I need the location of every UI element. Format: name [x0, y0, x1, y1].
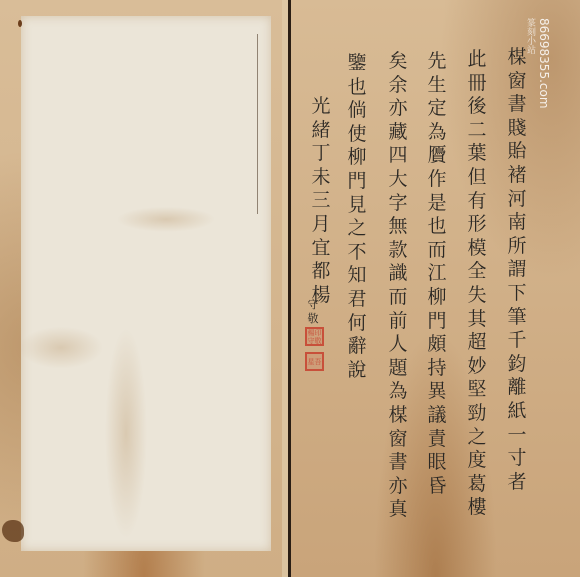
calligraphy-character: 堅: [467, 378, 486, 402]
calligraphy-character: 度: [467, 449, 486, 473]
calligraphy-character: 昏: [427, 475, 446, 499]
left-blank-panel: [21, 16, 271, 551]
signature-column: 光緒丁未三月宜都楊: [310, 95, 332, 307]
seal-2: 星吾: [305, 352, 324, 371]
calligraphy-column-1: 楳窗書賤貽褚河南所謂下筆千鈞離紙一寸者: [506, 46, 528, 494]
calligraphy-character: 責: [427, 428, 446, 452]
calligraphy-character: 題: [388, 357, 407, 381]
calligraphy-character: 形: [467, 213, 486, 237]
calligraphy-character: 字: [388, 192, 407, 216]
calligraphy-character: 何: [347, 312, 366, 336]
calligraphy-character: 後: [467, 95, 486, 119]
paper-crack: [257, 34, 258, 214]
calligraphy-character: 見: [347, 194, 366, 218]
calligraphy-character: 定: [427, 97, 446, 121]
calligraphy-character: 書: [507, 93, 526, 117]
calligraphy-character: 君: [347, 288, 366, 312]
calligraphy-character: 是: [427, 192, 446, 216]
calligraphy-character: 冊: [467, 72, 486, 96]
calligraphy-character: 離: [507, 376, 526, 400]
calligraphy-character: 丁: [311, 142, 330, 166]
calligraphy-character: 下: [507, 282, 526, 306]
calligraphy-character: 樓: [467, 496, 486, 520]
calligraphy-character: 失: [467, 284, 486, 308]
calligraphy-character: 余: [388, 74, 407, 98]
calligraphy-character: 生: [427, 74, 446, 98]
calligraphy-character: 人: [388, 333, 407, 357]
calligraphy-character: 勁: [467, 402, 486, 426]
calligraphy-character: 門: [347, 170, 366, 194]
calligraphy-character: 也: [347, 76, 366, 100]
calligraphy-character: 作: [427, 168, 446, 192]
stain-speck: [18, 20, 22, 27]
calligraphy-character: 二: [467, 119, 486, 143]
calligraphy-character: 江: [427, 262, 446, 286]
calligraphy-character: 而: [388, 286, 407, 310]
calligraphy-character: 光: [311, 95, 330, 119]
calligraphy-character: 柳: [347, 146, 366, 170]
calligraphy-character: 無: [388, 215, 407, 239]
calligraphy-character: 有: [467, 190, 486, 214]
seal-1: 楊印守敬: [305, 327, 324, 346]
calligraphy-character: 守: [308, 298, 319, 312]
calligraphy-character: 模: [467, 237, 486, 261]
calligraphy-character: 敬: [308, 312, 319, 326]
calligraphy-character: 眼: [427, 451, 446, 475]
calligraphy-character: 之: [467, 426, 486, 450]
calligraphy-character: 全: [467, 260, 486, 284]
calligraphy-column-4: 矣余亦藏四大字無款識而前人題為楳窗書亦真: [387, 50, 409, 522]
calligraphy-column-2: 此冊後二葉但有形模全失其超妙堅勁之度葛樓: [466, 48, 488, 520]
calligraphy-character: 贗: [427, 144, 446, 168]
calligraphy-character: 南: [507, 211, 526, 235]
album-spread: 楳窗書賤貽褚河南所謂下筆千鈞離紙一寸者 此冊後二葉但有形模全失其超妙堅勁之度葛樓…: [0, 0, 580, 577]
calligraphy-character: 月: [311, 213, 330, 237]
calligraphy-character: 葛: [467, 473, 486, 497]
calligraphy-character: 議: [427, 404, 446, 428]
calligraphy-character: 真: [388, 498, 407, 522]
calligraphy-character: 倘: [347, 99, 366, 123]
watermark-label: 篆刻小站: [524, 18, 537, 54]
calligraphy-character: 藏: [388, 121, 407, 145]
calligraphy-character: 之: [347, 217, 366, 241]
calligraphy-character: 千: [507, 329, 526, 353]
damage-mark: [2, 520, 24, 542]
calligraphy-character: 書: [388, 451, 407, 475]
calligraphy-character: 妙: [467, 355, 486, 379]
calligraphy-character: 者: [507, 471, 526, 495]
calligraphy-character: 貽: [507, 140, 526, 164]
calligraphy-character: 為: [427, 121, 446, 145]
calligraphy-character: 寸: [507, 447, 526, 471]
calligraphy-character: 門: [427, 310, 446, 334]
calligraphy-character: 但: [467, 166, 486, 190]
calligraphy-character: 褚: [507, 164, 526, 188]
calligraphy-character: 識: [388, 262, 407, 286]
calligraphy-character: 筆: [507, 306, 526, 330]
calligraphy-character: 未: [311, 166, 330, 190]
calligraphy-character: 其: [467, 308, 486, 332]
calligraphy-character: 鑒: [347, 52, 366, 76]
calligraphy-character: 持: [427, 357, 446, 381]
calligraphy-character: 說: [347, 359, 366, 383]
calligraphy-character: 亦: [388, 475, 407, 499]
calligraphy-character: 不: [347, 241, 366, 265]
calligraphy-character: 知: [347, 264, 366, 288]
calligraphy-character: 柳: [427, 286, 446, 310]
calligraphy-character: 三: [311, 189, 330, 213]
calligraphy-character: 葉: [467, 142, 486, 166]
calligraphy-character: 賤: [507, 117, 526, 141]
watermark-url: 86698355.com: [537, 18, 551, 109]
calligraphy-character: 大: [388, 168, 407, 192]
calligraphy-character: 紙: [507, 400, 526, 424]
calligraphy-character: 為: [388, 380, 407, 404]
calligraphy-character: 一: [507, 424, 526, 448]
calligraphy-character: 緒: [311, 119, 330, 143]
calligraphy-character: 前: [388, 310, 407, 334]
left-page: [0, 0, 288, 577]
calligraphy-character: 超: [467, 331, 486, 355]
calligraphy-character: 先: [427, 50, 446, 74]
calligraphy-character: 楳: [388, 404, 407, 428]
calligraphy-character: 此: [467, 48, 486, 72]
calligraphy-column-3: 先生定為贗作是也而江柳門頗持異議責眼昏: [426, 50, 448, 498]
calligraphy-character: 窗: [507, 70, 526, 94]
calligraphy-character: 而: [427, 239, 446, 263]
calligraphy-character: 鈞: [507, 353, 526, 377]
calligraphy-character: 頗: [427, 333, 446, 357]
calligraphy-character: 窗: [388, 428, 407, 452]
calligraphy-character: 所: [507, 235, 526, 259]
calligraphy-character: 都: [311, 260, 330, 284]
calligraphy-character: 宜: [311, 237, 330, 261]
calligraphy-column-5: 鑒也倘使柳門見之不知君何辭說: [346, 52, 368, 382]
calligraphy-character: 使: [347, 123, 366, 147]
calligraphy-character: 謂: [507, 258, 526, 282]
signature-name-small: 守敬: [305, 298, 321, 326]
calligraphy-character: 河: [507, 188, 526, 212]
calligraphy-character: 亦: [388, 97, 407, 121]
calligraphy-character: 也: [427, 215, 446, 239]
calligraphy-character: 辭: [347, 335, 366, 359]
calligraphy-character: 四: [388, 144, 407, 168]
calligraphy-character: 異: [427, 380, 446, 404]
calligraphy-character: 矣: [388, 50, 407, 74]
calligraphy-character: 款: [388, 239, 407, 263]
